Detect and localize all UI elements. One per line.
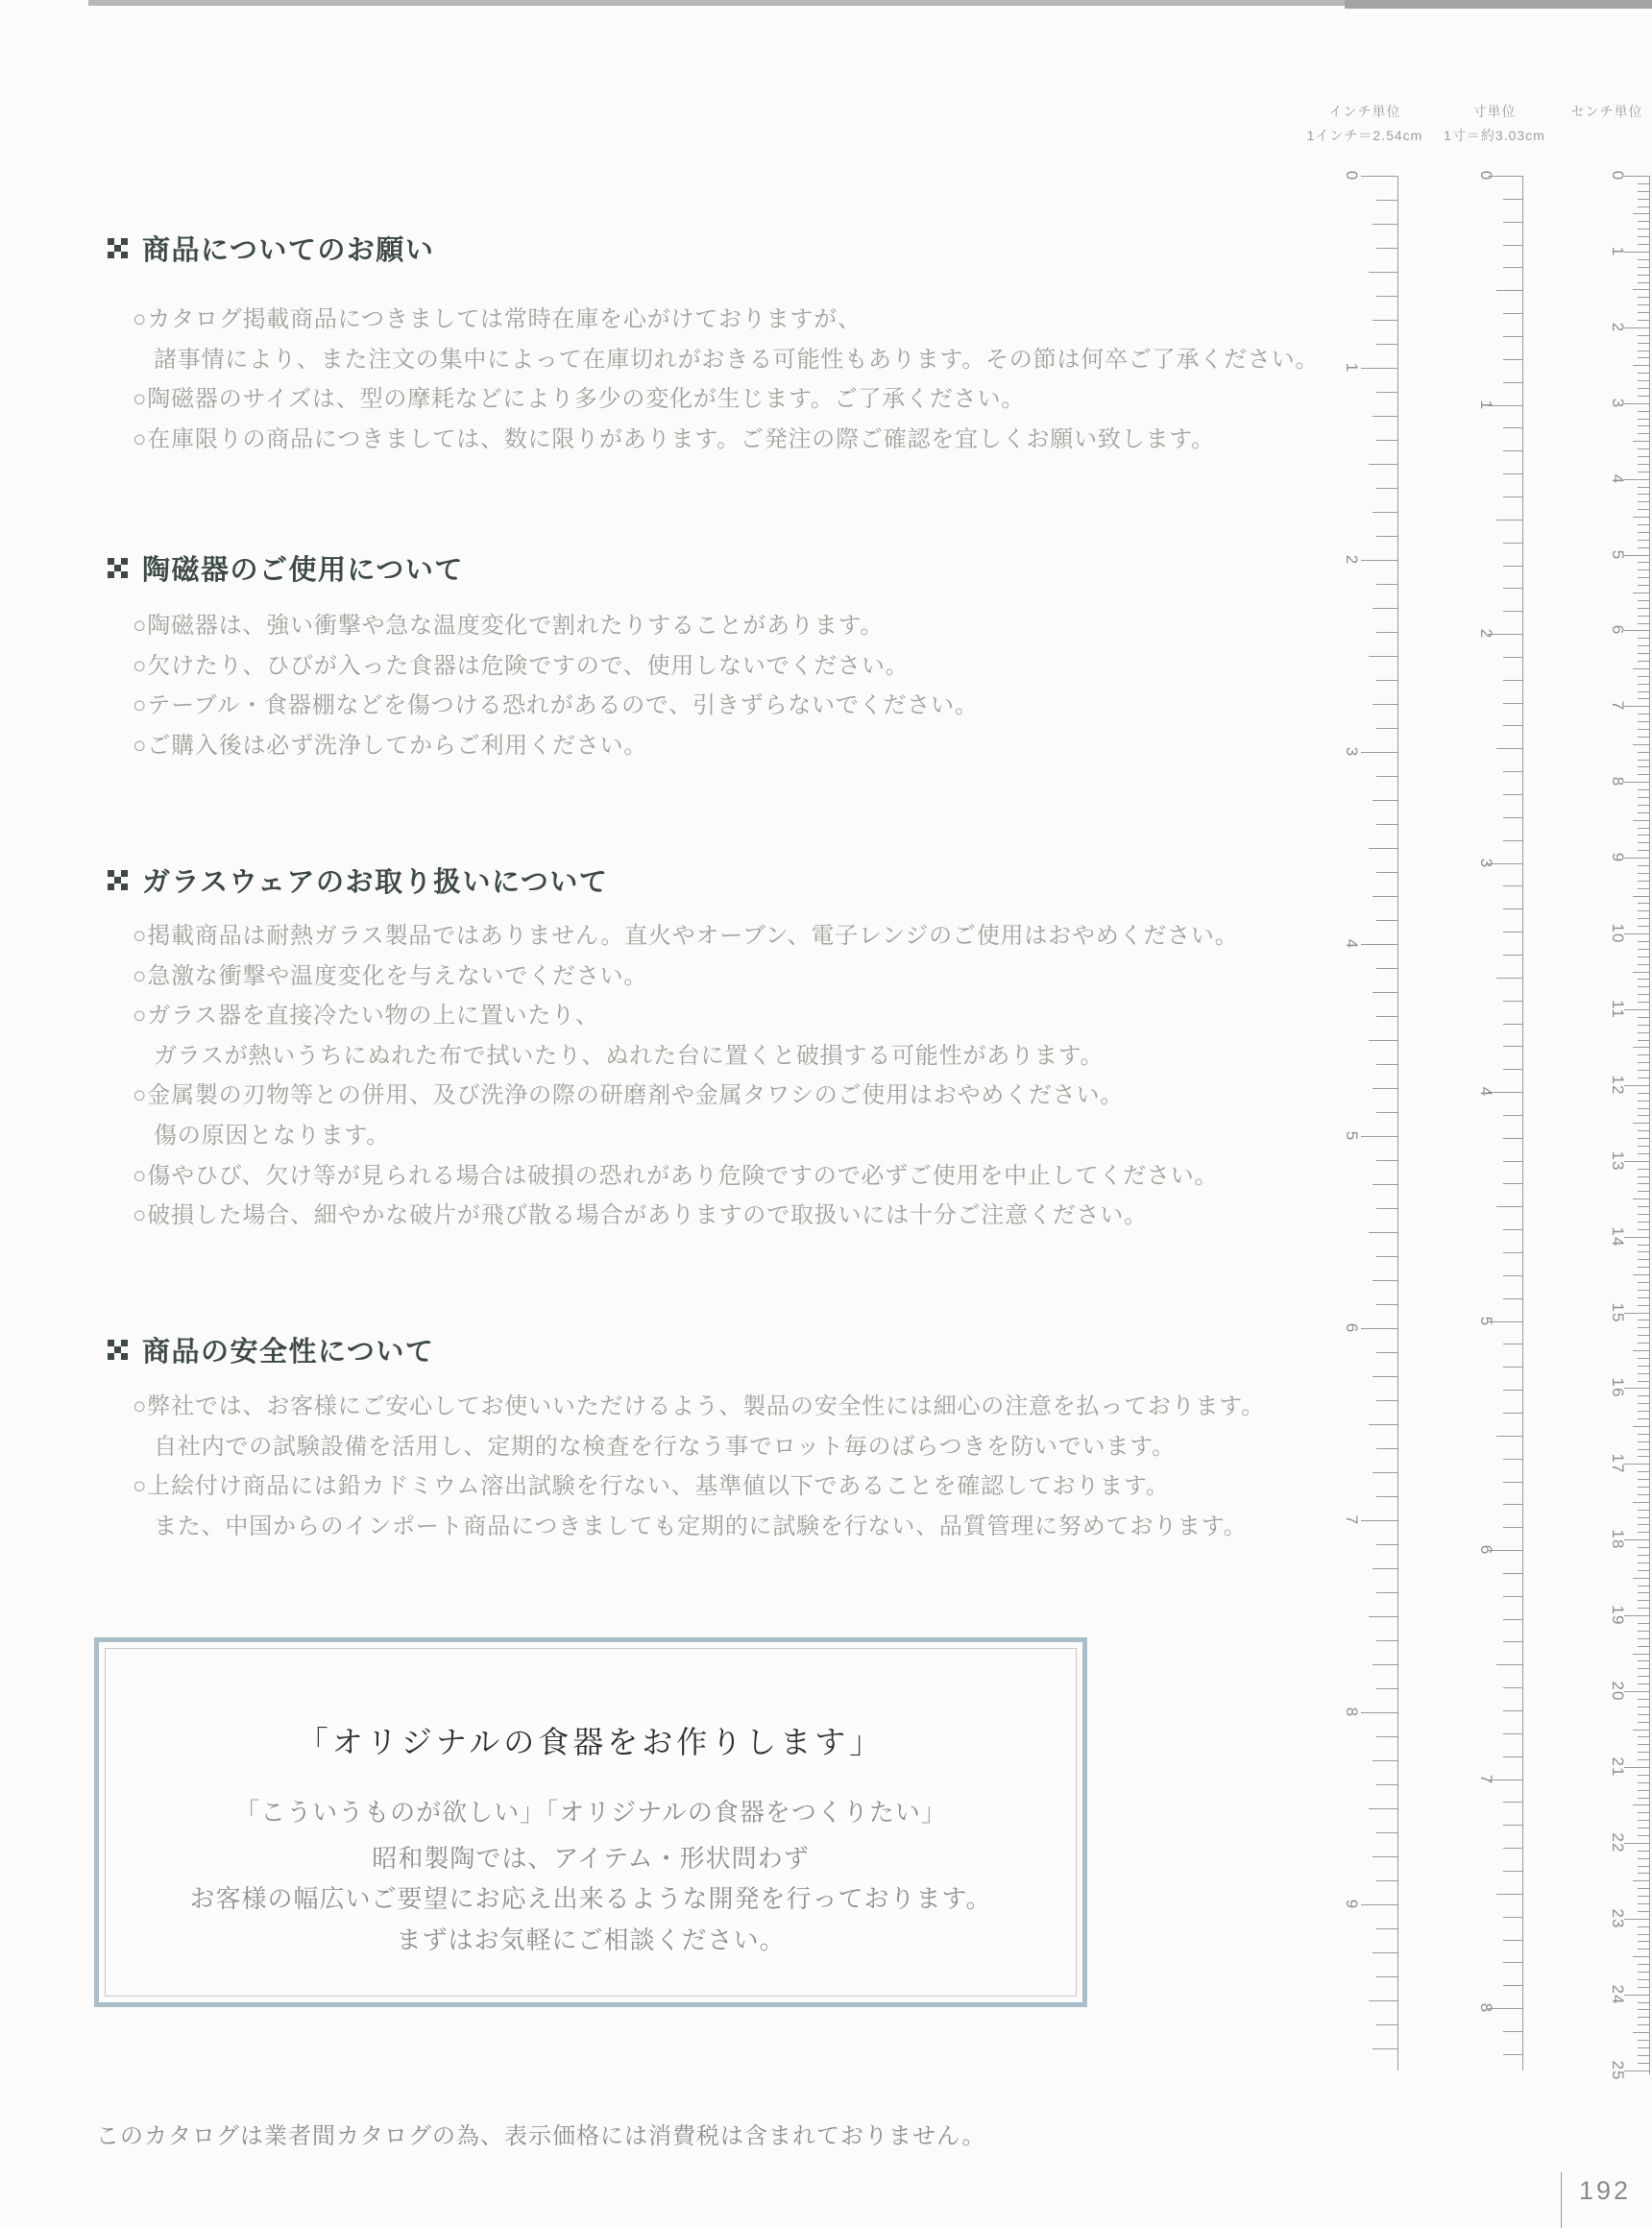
ruler-tick: [1638, 267, 1649, 268]
ruler-tick: [1638, 569, 1649, 570]
ruler-tick: [1376, 392, 1397, 393]
ruler-tick: [1638, 698, 1649, 699]
ruler-tick: [1361, 1328, 1397, 1329]
note-line: 傷の原因となります。: [133, 1116, 1239, 1156]
ruler-tick: [1638, 577, 1649, 578]
ruler-tick: [1638, 357, 1649, 358]
ruler-tick: [1638, 1449, 1649, 1450]
ruler-tick: [1633, 1274, 1649, 1275]
ruler-tick: [1373, 1472, 1397, 1473]
ruler-tick: [1376, 2024, 1397, 2025]
ruler-tick: [1638, 949, 1649, 950]
checker-grid-icon: [108, 238, 128, 258]
ruler-tick: [1638, 1759, 1649, 1760]
ruler-number: 24: [1608, 1978, 1627, 2011]
ruler-tick: [1638, 1108, 1649, 1109]
ruler-tick: [1638, 1441, 1649, 1442]
ruler-tick: [1503, 1756, 1522, 1757]
ruler-tick: [1369, 848, 1397, 849]
ruler-tick: [1624, 706, 1649, 707]
ruler-number: 8: [1608, 765, 1627, 798]
ruler-tick: [1638, 1040, 1649, 1041]
ruler-number: 21: [1608, 1751, 1627, 1783]
ruler-tick: [1373, 2048, 1397, 2049]
ruler-tick: [1638, 540, 1649, 541]
ruler-tick: [1503, 2054, 1522, 2055]
promo-line: まずはお気軽にご相談ください。: [106, 1921, 1076, 1956]
promo-title: 「オリジナルの食器をお作りします」: [106, 1718, 1076, 1762]
ruler-tick: [1376, 1304, 1397, 1305]
ruler-tick: [1638, 472, 1649, 472]
ruler-number: 25: [1608, 2054, 1627, 2087]
ruler-tick: [1638, 2002, 1649, 2003]
ruler-number: 23: [1608, 1902, 1627, 1935]
ruler-tick: [1638, 1562, 1649, 1563]
ruler-tick: [1638, 766, 1649, 767]
page-number-divider: [1561, 2172, 1562, 2228]
ruler-tick: [1638, 1775, 1649, 1776]
ruler-tick: [1638, 645, 1649, 646]
ruler-number: 3: [1608, 387, 1627, 420]
ruler-tick: [1633, 668, 1649, 669]
ruler-tick: [1503, 1871, 1522, 1872]
ruler-tick: [1503, 1596, 1522, 1597]
ruler-tick: [1376, 728, 1397, 729]
ruler-tick: [1503, 1641, 1522, 1642]
ruler-tick: [1638, 1305, 1649, 1306]
ruler-tick: [1638, 805, 1649, 806]
ruler-tick: [1638, 1926, 1649, 1927]
ruler-tick: [1638, 297, 1649, 298]
ruler-tick: [1638, 1835, 1649, 1836]
ruler-tick: [1638, 1494, 1649, 1495]
ruler-tick: [1369, 2000, 1397, 2001]
ruler-tick: [1633, 1199, 1649, 1199]
section-title: 陶磁器のご使用について: [142, 548, 464, 588]
ruler-tick: [1373, 416, 1397, 417]
ruler-tick: [1638, 1267, 1649, 1268]
ruler-tick: [1638, 1736, 1649, 1737]
ruler-tick: [1638, 888, 1649, 889]
ruler-tick: [1503, 1046, 1522, 1047]
ruler-tick: [1624, 858, 1649, 859]
note-line: ○傷やひび、欠け等が見られる場合は破損の恐れがあり危険ですので必ずご使用を中止し…: [133, 1156, 1239, 1197]
ruler-tick: [1624, 327, 1649, 328]
ruler-tick: [1373, 1088, 1397, 1089]
ruler-tick: [1373, 320, 1397, 321]
note-line: ○陶磁器は、強い衝撃や急な温度変化で割れたりすることがあります。: [133, 606, 979, 646]
ruler-tick: [1369, 272, 1397, 273]
ruler-number: 6: [1476, 1534, 1495, 1566]
ruler-tick: [1503, 450, 1522, 451]
ruler-tick: [1376, 872, 1397, 873]
ruler-tick: [1638, 797, 1649, 798]
ruler-tick: [1638, 1676, 1649, 1677]
ruler-tick: [1376, 296, 1397, 297]
ruler-number: 4: [1476, 1076, 1495, 1108]
ruler-tick: [1376, 1064, 1397, 1065]
ruler-tick: [1638, 191, 1649, 192]
ruler-tick: [1503, 794, 1522, 795]
note-line: ○掲載商品は耐熱ガラス製品ではありません。直火やオーブン、電子レンジのご使用はお…: [133, 916, 1239, 957]
promo-box-inner-border: 「オリジナルの食器をお作りします」 「こういうものが欲しい」「オリジナルの食器を…: [105, 1648, 1077, 1997]
ruler-tick: [1503, 1229, 1522, 1230]
ruler-tick: [1633, 1350, 1649, 1351]
ruler-tick: [1638, 1798, 1649, 1799]
note-line: ○在庫限りの商品につきましては、数に限りがあります。ご発注の際ご確認を宜しくお願…: [133, 420, 1319, 460]
ruler-tick: [1638, 1896, 1649, 1897]
ruler-tick: [1624, 2071, 1649, 2071]
ruler-tick: [1638, 1297, 1649, 1298]
ruler-tick: [1503, 885, 1522, 886]
ruler-tick: [1624, 1237, 1649, 1238]
ruler-number: 0: [1342, 159, 1361, 192]
ruler-tick: [1638, 1101, 1649, 1102]
note-line: 諸事情により、また注文の集中によって在庫切れがおきる可能性もあります。その節は何…: [133, 340, 1319, 380]
ruler-tick: [1638, 351, 1649, 351]
ruler-tick: [1503, 840, 1522, 841]
ruler-tick: [1638, 1707, 1649, 1707]
ruler-tick: [1638, 1115, 1649, 1116]
ruler-tick: [1638, 206, 1649, 207]
section-header: ガラスウェアのお取り扱いについて: [108, 860, 608, 900]
ruler-tick: [1503, 1183, 1522, 1184]
ruler-tick: [1638, 448, 1649, 449]
ruler-tick: [1638, 789, 1649, 790]
ruler-tick: [1638, 1828, 1649, 1828]
checker-grid-icon: [108, 1340, 128, 1360]
ruler-tick: [1369, 656, 1397, 657]
ruler-tick: [1503, 1825, 1522, 1826]
ruler-number: 1: [1476, 389, 1495, 422]
ruler-number: 18: [1608, 1523, 1627, 1556]
ruler-tick: [1638, 979, 1649, 980]
ruler-tick: [1638, 661, 1649, 662]
promo-line: 昭和製陶では、アイテム・形状問わず: [106, 1839, 1076, 1875]
ruler-tick: [1376, 1784, 1397, 1785]
ruler-tick: [1373, 992, 1397, 993]
ruler-tick: [1638, 388, 1649, 389]
ruler-tick: [1361, 1136, 1397, 1137]
ruler-tick: [1369, 1040, 1397, 1041]
section-body: ○陶磁器は、強い衝撃や急な温度変化で割れたりすることがあります。○欠けたり、ひび…: [133, 606, 979, 765]
ruler-tick: [1638, 2024, 1649, 2025]
note-line: ○金属製の刃物等との併用、及び洗浄の際の研磨剤や金属タワシのご使用はおやめくださ…: [133, 1076, 1239, 1116]
ruler-tick: [1638, 524, 1649, 525]
ruler-tick: [1638, 2017, 1649, 2018]
ruler-tick: [1503, 657, 1522, 658]
ruler-number: 8: [1342, 1696, 1361, 1729]
ruler-tick: [1638, 737, 1649, 738]
ruler-tick: [1496, 1894, 1522, 1895]
ruler-number: 1: [1608, 235, 1627, 268]
ruler-number: 16: [1608, 1371, 1627, 1404]
ruler-tick: [1633, 896, 1649, 897]
ruler-tick: [1624, 1539, 1649, 1540]
ruler-tick: [1503, 588, 1522, 589]
ruler-tick: [1503, 955, 1522, 956]
ruler-number: 0: [1608, 159, 1627, 192]
ruler-tick: [1369, 1232, 1397, 1233]
ruler-tick: [1638, 1327, 1649, 1328]
ruler-tick: [1376, 440, 1397, 441]
ruler-tick: [1638, 1222, 1649, 1223]
ruler-tick: [1376, 1016, 1397, 1017]
ruler-tick: [1624, 252, 1649, 253]
ruler-tick: [1503, 496, 1522, 497]
ruler-tick: [1376, 1112, 1397, 1113]
ruler-tick: [1638, 1078, 1649, 1078]
ruler-tick: [1638, 320, 1649, 321]
ruler-tick: [1638, 343, 1649, 344]
ruler-tick: [1638, 1259, 1649, 1260]
ruler-tick: [1503, 1138, 1522, 1139]
ruler-tick: [1638, 1343, 1649, 1344]
ruler-tick: [1638, 1456, 1649, 1457]
ruler-tick: [1638, 1169, 1649, 1170]
ruler-number: 6: [1342, 1312, 1361, 1344]
ruler-tick: [1638, 1752, 1649, 1753]
ruler-number: 3: [1342, 736, 1361, 768]
note-line: ○陶磁器のサイズは、型の摩耗などにより多少の変化が生じます。ご了承ください。: [133, 379, 1319, 420]
ruler-tick: [1376, 1688, 1397, 1689]
ruler-tick: [1638, 828, 1649, 829]
ruler-tick: [1503, 908, 1522, 909]
promo-box: 「オリジナルの食器をお作りします」 「こういうものが欲しい」「オリジナルの食器を…: [94, 1637, 1087, 2007]
ruler-tick: [1638, 986, 1649, 987]
ruler-tick: [1503, 703, 1522, 704]
ruler-tick: [1376, 1256, 1397, 1257]
ruler-tick: [1503, 566, 1522, 567]
ruler-tick: [1638, 199, 1649, 200]
section-body: ○弊社では、お客様にご安心してお使いいただけるよう、製品の安全性には細心の注意を…: [133, 1387, 1265, 1546]
ruler-tick: [1503, 245, 1522, 246]
ruler-tick: [1503, 1001, 1522, 1002]
ruler-tick: [1503, 1917, 1522, 1918]
ruler-tick: [1638, 957, 1649, 957]
ruler-tick: [1376, 1880, 1397, 1881]
ruler-tick: [1638, 1949, 1649, 1949]
ruler-tick: [1638, 1744, 1649, 1745]
section-title: 商品の安全性について: [142, 1330, 434, 1369]
ruler-tick: [1624, 1691, 1649, 1692]
ruler-tick: [1633, 1426, 1649, 1427]
ruler-number: 20: [1608, 1675, 1627, 1707]
ruler-tick: [1638, 1153, 1649, 1154]
ruler-tick: [1503, 1459, 1522, 1460]
ruler-tick: [1638, 396, 1649, 397]
ruler-tick: [1638, 1903, 1649, 1904]
ruler-tick: [1376, 1160, 1397, 1161]
ruler-number: 10: [1608, 917, 1627, 950]
ruler-tick: [1633, 1123, 1649, 1124]
ruler-tick: [1638, 259, 1649, 260]
ruler-tick: [1376, 344, 1397, 345]
ruler-number: 9: [1342, 1888, 1361, 1921]
ruler-tick: [1638, 994, 1649, 995]
ruler-tick: [1638, 1631, 1649, 1632]
ruler-tick: [1638, 941, 1649, 942]
ruler-number: 6: [1608, 614, 1627, 646]
ruler-tick: [1503, 2031, 1522, 2032]
section-title: ガラスウェアのお取り扱いについて: [142, 860, 608, 900]
ruler-tick: [1638, 1434, 1649, 1435]
ruler-tick: [1638, 373, 1649, 374]
ruler-tick: [1376, 1400, 1397, 1401]
ruler-tick: [1638, 1138, 1649, 1139]
ruler-tick: [1638, 1911, 1649, 1912]
ruler-tick: [1376, 1448, 1397, 1449]
ruler-number: 4: [1342, 928, 1361, 960]
ruler-conversion-label: 1寸＝約3.03cm: [1389, 126, 1600, 145]
ruler-tick: [1638, 2009, 1649, 2010]
ruler-tick: [1638, 1290, 1649, 1291]
ruler-tick: [1503, 1275, 1522, 1276]
ruler-tick: [1376, 1976, 1397, 1977]
note-line: ○ガラス器を直接冷たい物の上に置いたり、: [133, 996, 1239, 1036]
ruler-tick: [1503, 1802, 1522, 1803]
ruler-tick: [1638, 494, 1649, 495]
ruler-tick: [1624, 630, 1649, 631]
ruler-tick: [1376, 920, 1397, 921]
ruler-tick: [1638, 600, 1649, 601]
ruler-tick: [1638, 1873, 1649, 1874]
ruler-number: 11: [1608, 993, 1627, 1026]
ruler-tick: [1638, 1251, 1649, 1252]
ruler-number: 14: [1608, 1221, 1627, 1253]
ruler-number: 17: [1608, 1447, 1627, 1480]
ruler-tick: [1369, 1808, 1397, 1809]
ruler-tick: [1624, 1085, 1649, 1086]
ruler-tick: [1503, 427, 1522, 428]
ruler-tick: [1503, 1390, 1522, 1391]
ruler-tick: [1503, 313, 1522, 314]
ruler-tick: [1638, 380, 1649, 381]
ruler-tick: [1638, 1146, 1649, 1147]
ruler-tick: [1361, 944, 1397, 945]
ruler-tick: [1638, 774, 1649, 775]
ruler-tick: [1638, 1722, 1649, 1723]
ruler-tick: [1503, 1024, 1522, 1025]
ruler-tick: [1503, 771, 1522, 772]
ruler-tick: [1638, 1683, 1649, 1684]
ruler-tick: [1638, 1592, 1649, 1593]
ruler-tick: [1633, 289, 1649, 290]
ruler-tick: [1376, 680, 1397, 681]
note-line: ○弊社では、お客様にご安心してお使いいただけるよう、製品の安全性には細心の注意を…: [133, 1387, 1265, 1427]
ruler-tick: [1503, 1848, 1522, 1849]
ruler-tick: [1503, 1161, 1522, 1162]
ruler-tick: [1638, 1176, 1649, 1177]
ruler-tick: [1503, 1687, 1522, 1688]
ruler-number: 2: [1608, 311, 1627, 344]
ruler-tick: [1638, 433, 1649, 434]
ruler-tick: [1638, 1381, 1649, 1382]
ruler-number: 1: [1342, 351, 1361, 384]
ruler-tick: [1638, 236, 1649, 237]
ruler-number: 2: [1476, 618, 1495, 650]
ruler-tick: [1638, 1002, 1649, 1003]
ruler-tick: [1638, 721, 1649, 722]
ruler-line: [1649, 176, 1650, 2074]
ruler-tick: [1638, 1130, 1649, 1131]
ruler-tick: [1503, 725, 1522, 726]
ruler-tick: [1638, 282, 1649, 283]
ruler-tick: [1638, 1054, 1649, 1055]
ruler-tick: [1638, 638, 1649, 639]
ruler-tick: [1638, 1638, 1649, 1639]
ruler-tick: [1373, 608, 1397, 609]
ruler-tick: [1503, 336, 1522, 337]
ruler-tick: [1503, 1252, 1522, 1253]
ruler-tick: [1638, 585, 1649, 586]
ruler-tick: [1638, 714, 1649, 714]
ruler-tick: [1638, 562, 1649, 563]
ruler-tick: [1373, 1568, 1397, 1569]
ruler-tick: [1638, 873, 1649, 874]
ruler-tick: [1624, 1995, 1649, 1996]
ruler-tick: [1633, 744, 1649, 745]
ruler-tick: [1638, 1600, 1649, 1601]
ruler-tick: [1373, 1280, 1397, 1281]
ruler-tick: [1638, 2040, 1649, 2041]
ruler-tick: [1369, 464, 1397, 465]
ruler-tick: [1373, 512, 1397, 513]
ruler-tick: [1624, 1767, 1649, 1768]
ruler-unit-label: センチ単位: [1501, 102, 1652, 121]
ruler-tick: [1503, 473, 1522, 474]
ruler-tick: [1638, 653, 1649, 654]
ruler-tick: [1376, 1640, 1397, 1641]
ruler-tick: [1638, 304, 1649, 305]
ruler-tick: [1638, 335, 1649, 336]
note-line: また、中国からのインポート商品につきましても定期的に試験を行ない、品質管理に努め…: [133, 1507, 1265, 1547]
ruler-tick: [1638, 1972, 1649, 1973]
ruler-tick: [1373, 1856, 1397, 1857]
ruler-tick: [1633, 517, 1649, 518]
ruler-tick: [1638, 487, 1649, 488]
ruler-tick: [1638, 865, 1649, 866]
ruler-tick: [1373, 896, 1397, 897]
ruler-tick: [1503, 1413, 1522, 1414]
ruler-tick: [1638, 910, 1649, 911]
ruler-tick: [1633, 593, 1649, 593]
ruler-tick: [1624, 1919, 1649, 1920]
ruler-tick: [1503, 1482, 1522, 1483]
ruler-tick: [1373, 224, 1397, 225]
ruler-tick: [1361, 560, 1397, 561]
ruler-tick: [1638, 918, 1649, 919]
ruler-tick: [1373, 1664, 1397, 1665]
scan-edge-top-right: [1345, 0, 1652, 9]
ruler-number: 19: [1608, 1599, 1627, 1632]
ruler-tick: [1638, 684, 1649, 685]
ruler-tick: [1638, 221, 1649, 222]
ruler-tick: [1638, 1191, 1649, 1192]
ruler-tick: [1633, 1502, 1649, 1503]
ruler-tick: [1376, 1832, 1397, 1833]
ruler-tick: [1633, 1956, 1649, 1957]
ruler-tick: [1638, 1487, 1649, 1488]
ruler-tick: [1503, 932, 1522, 932]
ruler-number: 5: [1342, 1120, 1361, 1152]
ruler-tick: [1633, 972, 1649, 973]
ruler-tick: [1638, 1471, 1649, 1472]
ruler-tick: [1503, 1573, 1522, 1574]
ruler-tick: [1503, 1962, 1522, 1963]
ruler-tick: [1638, 608, 1649, 609]
ruler-tick: [1638, 842, 1649, 843]
